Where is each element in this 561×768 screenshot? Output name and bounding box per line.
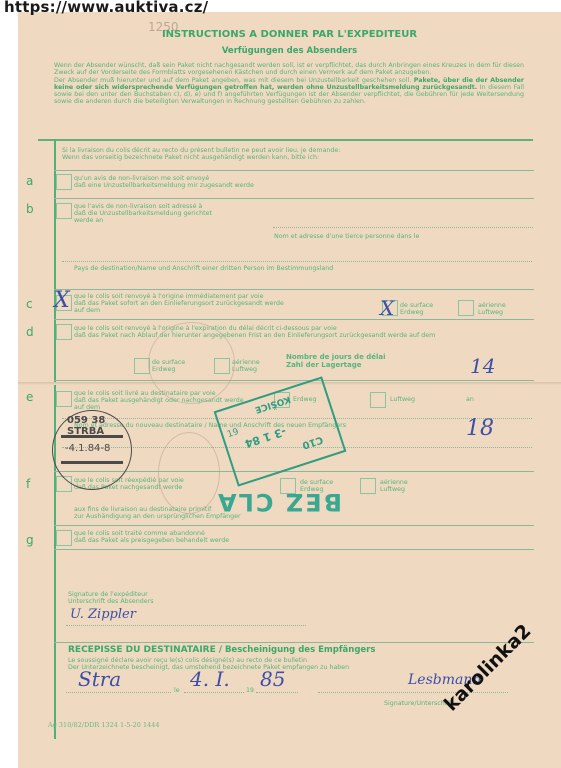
surface-de: Erdweg [400, 309, 423, 316]
option-e-to: an [466, 396, 474, 403]
option-d-checkbox[interactable] [56, 324, 72, 340]
option-e-de: daß das Paket ausgehändigt oder nachgesa… [74, 397, 244, 404]
option-a-de: daß eine Unzustellbarkeitsmeldung mir zu… [74, 182, 254, 189]
divider [54, 198, 534, 199]
divider [54, 319, 534, 320]
option-a-checkbox[interactable] [56, 174, 72, 190]
sender-signature-label-de: Unterschrift des Absenders [68, 598, 154, 605]
option-e-value[interactable]: 18 [466, 416, 494, 441]
option-d-letter: d [26, 325, 34, 339]
option-g-de: daß das Paket als preisgegeben behandelt… [74, 537, 229, 544]
divider [54, 549, 534, 550]
days-de: Zahl der Lagertage [286, 362, 362, 369]
paper-fold [18, 382, 561, 385]
option-c-surface-mark: X [380, 296, 394, 320]
option-a-fr: qu'un avis de non-livraison me soit envo… [74, 175, 209, 182]
air-fr: aérienne [478, 302, 506, 309]
divider [54, 525, 534, 526]
faint-postmark [158, 432, 220, 514]
form-title: INSTRUCTIONS A DONNER PAR L'EXPEDITEUR [18, 29, 561, 40]
receipt-year-prefix: 19 [246, 687, 254, 694]
divider [54, 170, 534, 171]
option-d-de: daß das Paket nach Ablauf der hierunter … [74, 332, 435, 339]
postmark-bar [61, 461, 123, 464]
customs-date: -3 1 84 [243, 424, 288, 450]
source-url[interactable]: https://www.auktiva.cz/ [4, 0, 208, 16]
divider [54, 289, 534, 290]
signature-line [318, 692, 508, 693]
surface-fr: de surface [400, 302, 433, 309]
option-f-air-checkbox[interactable] [360, 478, 376, 494]
divider [54, 380, 534, 381]
option-b-country-input[interactable] [62, 261, 532, 262]
surface-fr: de surface [300, 479, 333, 486]
customs-num: 19 [226, 427, 240, 440]
form-subtitle: Verfügungen des Absenders [18, 46, 561, 56]
sender-signature-line [66, 625, 306, 626]
receipt-line-fr: Le soussigné déclare avoir reçu le(s) co… [68, 657, 307, 664]
option-g-letter: g [26, 533, 34, 547]
option-b-de2: werde an [74, 217, 103, 224]
bez-cla-stamp: BEZ CLA [216, 488, 342, 516]
option-e-letter: e [26, 390, 33, 404]
receipt-le: le [174, 687, 180, 694]
option-b-de: daß die Unzustellbarkeitsmeldung gericht… [74, 210, 212, 217]
sender-signature[interactable]: U. Zippler [70, 607, 136, 622]
option-c-fr: que le colis soit renvoyé à l'origine im… [74, 293, 264, 300]
sender-signature-label-fr: Signature de l'expéditeur [68, 591, 148, 598]
option-g-checkbox[interactable] [56, 530, 72, 546]
date-line [184, 692, 244, 693]
option-b-country-label: Pays de destination/Name und Anschrift e… [74, 265, 333, 272]
option-c-de2: auf dem [74, 307, 100, 314]
faint-postmark [148, 322, 235, 404]
postmark-bar [61, 435, 123, 438]
option-c-letter: c [26, 297, 33, 311]
days-fr: Nombre de jours de délai [286, 354, 386, 361]
place-line [66, 692, 171, 693]
option-e-checkbox[interactable] [56, 391, 72, 407]
option-c-air-checkbox[interactable] [458, 300, 474, 316]
option-f-letter: f [26, 477, 30, 491]
option-b-letter: b [26, 202, 34, 216]
receipt-title-de: / Bescheinigung des Empfängers [219, 645, 376, 655]
request-fr: Si la livraison du colis décrit au recto… [62, 147, 340, 154]
air-fr: aérienne [232, 359, 260, 366]
air-de: Luftweg [232, 366, 257, 373]
option-b-checkbox[interactable] [56, 203, 72, 219]
postmark-strba: 059 38 STRBA -4.1.84-8 [52, 410, 132, 490]
option-b-name-input[interactable] [273, 227, 533, 228]
air-de: Luftweg [380, 486, 405, 493]
days-value[interactable]: 14 [470, 354, 495, 378]
receipt-place[interactable]: Stra [78, 667, 121, 691]
air-fr: aérienne [380, 479, 408, 486]
request-de: Wenn das vorseitig bezeichnete Paket nic… [62, 154, 319, 161]
customs-city: KOŠICE [253, 394, 291, 415]
divider [54, 642, 534, 643]
receipt-date[interactable]: 4. I. [190, 667, 230, 691]
option-b-name-label: Nom et adresse d'une tierce personne dan… [274, 233, 419, 240]
postmark-text: 059 38 STRBA [67, 415, 131, 437]
option-b-fr: que l'avis de non-livraison soit adressé… [74, 203, 202, 210]
form-code: Ag 310/82/DDR 1324 1-5-20 1444 [48, 721, 160, 729]
postmark-date: -4.1.84-8 [65, 443, 110, 454]
option-e-air-checkbox[interactable] [370, 392, 386, 408]
receipt-title: RECEPISSE DU DESTINATAIRE / Bescheinigun… [68, 645, 375, 655]
receipt-title-fr: RECEPISSE DU DESTINATAIRE [68, 645, 216, 655]
air-de: Luftweg [390, 396, 415, 403]
divider [38, 139, 533, 141]
divider [54, 471, 534, 472]
option-c-handwritten-mark: X [54, 288, 70, 313]
option-a-letter: a [26, 174, 33, 188]
receipt-year[interactable]: 85 [260, 667, 285, 691]
year-line [256, 692, 298, 693]
option-c-de: daß das Paket sofort an den Einlieferung… [74, 300, 284, 307]
customs-code: C10 [301, 433, 325, 450]
option-g-fr: que le colis soit traité comme abandonné [74, 530, 205, 537]
postal-form: 1250 INSTRUCTIONS A DONNER PAR L'EXPEDIT… [18, 12, 561, 768]
air-de: Luftweg [478, 309, 503, 316]
intro-text: Wenn der Absender wünscht, daß sein Pake… [54, 62, 524, 106]
